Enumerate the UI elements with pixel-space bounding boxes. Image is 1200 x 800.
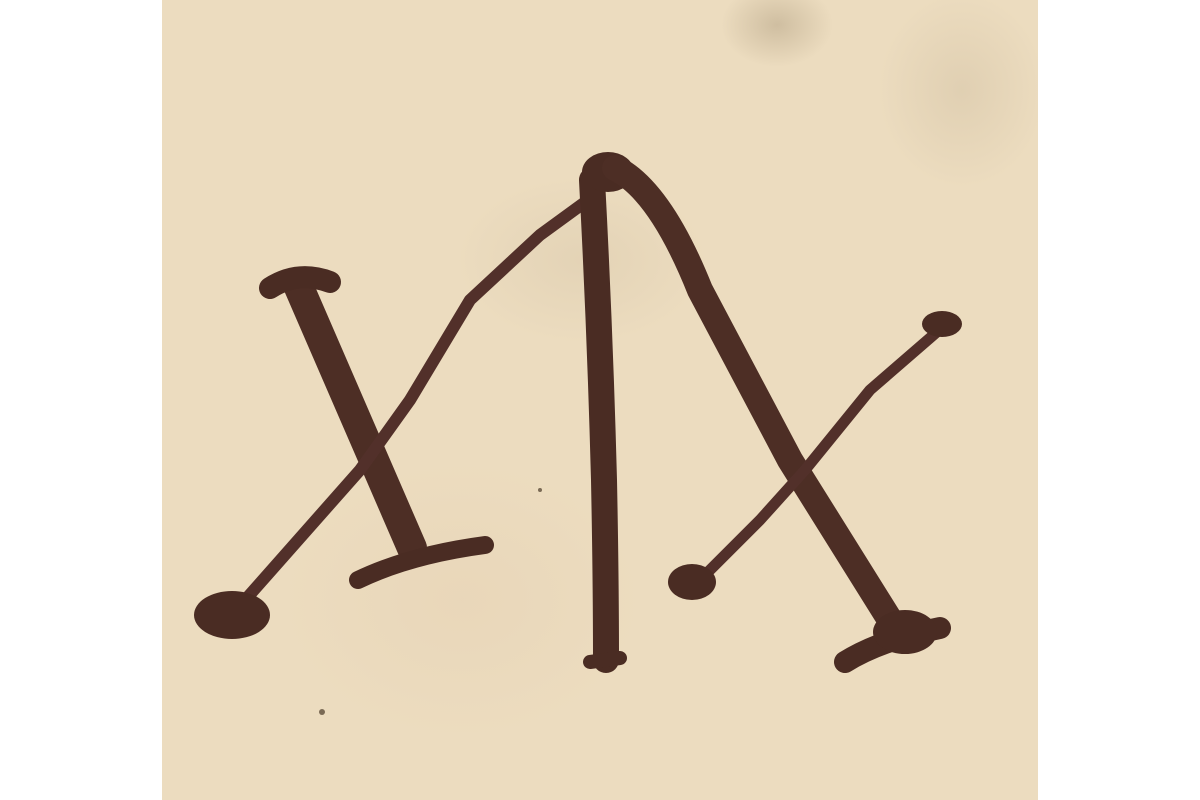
ink-speck xyxy=(319,709,325,715)
right-descending-stroke xyxy=(615,168,890,620)
center-vertical-stroke xyxy=(592,180,606,660)
right-lower-blob xyxy=(668,564,716,600)
center-bottom-foot xyxy=(590,658,620,662)
ink-speck xyxy=(538,488,542,492)
left-top-serif xyxy=(270,277,330,288)
right-top-blob xyxy=(922,311,962,337)
left-bottom-foot xyxy=(358,545,485,580)
ink-monogram xyxy=(162,0,1038,800)
left-bottom-blob xyxy=(194,591,270,639)
parchment-background: Handwritten monogram ligature in brown i… xyxy=(162,0,1038,800)
right-bottom-blob xyxy=(873,610,937,654)
